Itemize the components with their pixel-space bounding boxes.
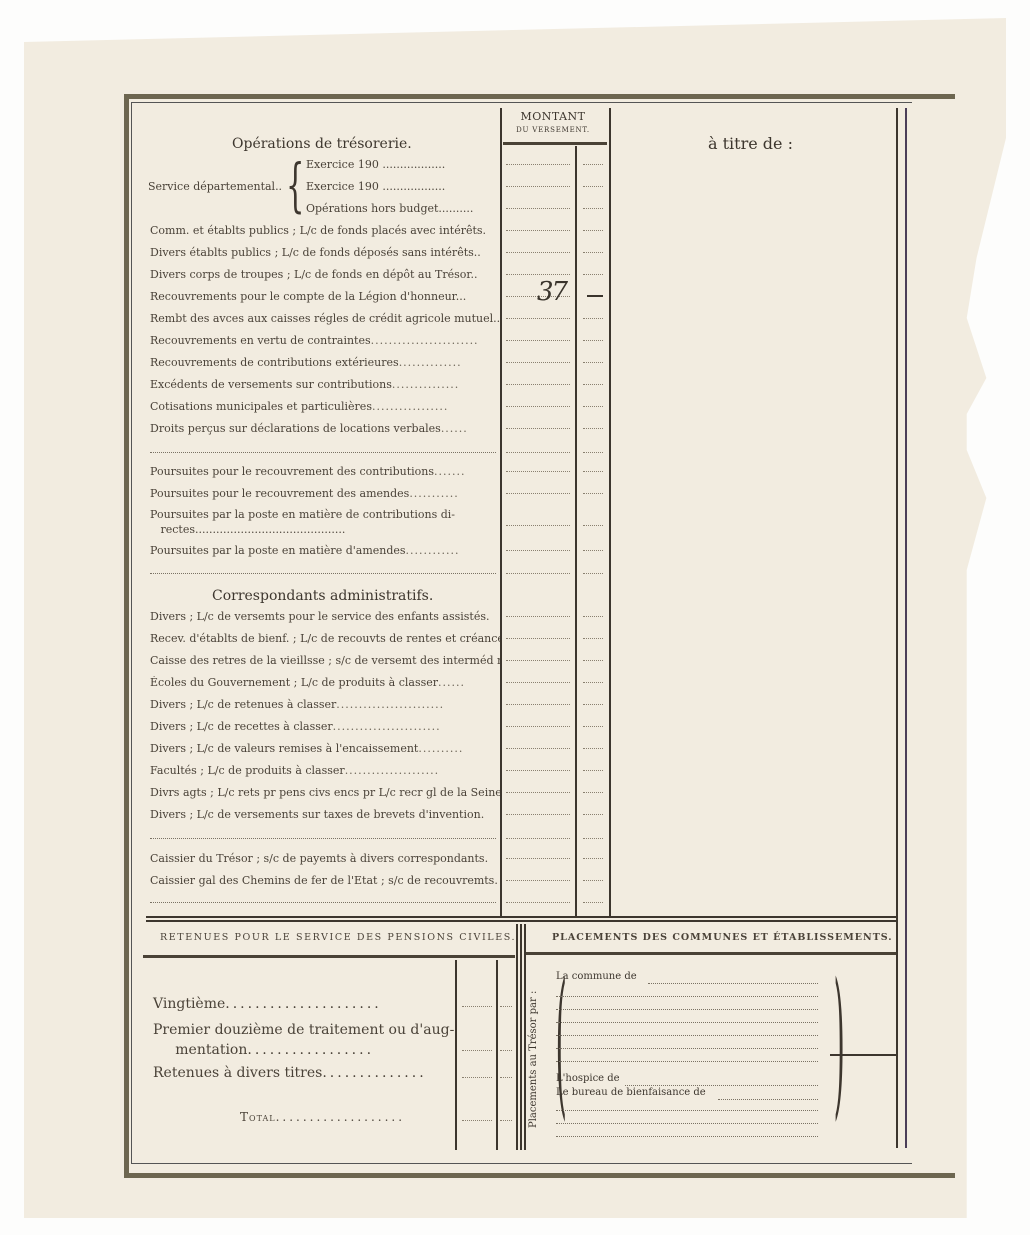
amount-cell[interactable] [506, 252, 570, 253]
cents-cell[interactable] [583, 616, 603, 617]
right-parenthesis-icon: ) [834, 962, 845, 1122]
amount-cell[interactable] [506, 814, 570, 815]
cents-cell[interactable] [583, 428, 603, 429]
cents-cell[interactable] [583, 858, 603, 859]
amount-cell[interactable] [506, 186, 570, 187]
retenues-amount-divider [455, 960, 457, 1150]
row-valeurs-encaissement[interactable]: Divers ; L/c de valeurs remises à l'enca… [150, 742, 500, 755]
row-vingtieme[interactable]: Vingtième..................... [153, 996, 382, 1012]
section-title-correspondants: Correspondants administratifs. [212, 588, 433, 604]
amount-cell[interactable] [506, 573, 570, 574]
retenues-title: RETENUES POUR LE SERVICE DES PENSIONS CI… [160, 932, 516, 943]
amount-cell[interactable] [506, 616, 570, 617]
cents-cell[interactable] [583, 814, 603, 815]
row-comm-etablts[interactable]: Comm. et établts publics ; L/c de fonds … [150, 224, 500, 237]
cents-cell[interactable] [583, 525, 603, 526]
retenues-right-border-1 [516, 924, 518, 1150]
amount-cell[interactable] [506, 704, 570, 705]
blank-row-line[interactable] [150, 452, 496, 453]
cents-cell[interactable] [583, 902, 603, 903]
total-label: Total................... [240, 1110, 405, 1124]
amount-cell[interactable] [506, 726, 570, 727]
section-separator-1 [146, 916, 896, 918]
retenues-header-rule [143, 955, 515, 958]
placements-total-line [830, 1054, 896, 1056]
cents-cell[interactable] [583, 252, 603, 253]
cents-column-divider [575, 146, 577, 916]
bureau-bienfaisance-label: Le bureau de bienfaisance de [556, 1087, 706, 1098]
cents-cell[interactable] [583, 340, 603, 341]
placements-vertical-label: Placements au Trésor par : [528, 991, 539, 1128]
versement-subheader: DU VERSEMENT. [503, 126, 603, 134]
retenues-right-border-2 [520, 924, 522, 1150]
vingtieme-amount[interactable] [462, 1006, 492, 1007]
cents-cell[interactable] [583, 770, 603, 771]
amount-cell[interactable] [506, 428, 570, 429]
cents-legion-honneur-dash [587, 295, 603, 297]
montant-header: MONTANT [503, 110, 603, 123]
placement-line[interactable] [556, 1110, 818, 1111]
cents-cell[interactable] [583, 208, 603, 209]
cents-cell[interactable] [583, 471, 603, 472]
section-separator-2 [146, 920, 896, 922]
amount-cell[interactable] [506, 902, 570, 903]
cents-cell[interactable] [583, 384, 603, 385]
cents-cell[interactable] [583, 186, 603, 187]
total-amount[interactable] [462, 1120, 492, 1121]
cents-cell[interactable] [583, 164, 603, 165]
cents-cell[interactable] [583, 726, 603, 727]
section-title-operations: Opérations de trésorerie. [232, 136, 412, 152]
row-exercice-2[interactable]: Exercice 190 .................. [306, 180, 501, 193]
amount-cell[interactable] [506, 858, 570, 859]
amount-cell[interactable] [506, 318, 570, 319]
retenues-divers-cents[interactable] [500, 1077, 512, 1078]
amount-cell[interactable] [506, 770, 570, 771]
placement-line[interactable] [556, 996, 818, 997]
row-divers-agents-seine[interactable]: Divrs agts ; L/c rets pr pens civs encs … [150, 786, 500, 799]
row-enfants-assistes[interactable]: Divers ; L/c de versemts pour le service… [150, 610, 500, 623]
placement-line[interactable] [556, 1009, 818, 1010]
amount-cell[interactable] [506, 362, 570, 363]
hospice-label: L'hospice de [556, 1073, 620, 1084]
row-poursuites-poste-amendes[interactable]: Poursuites par la poste en matière d'ame… [150, 544, 500, 557]
amount-cell[interactable] [506, 838, 570, 839]
hospice-input-line[interactable] [625, 1085, 818, 1086]
row-retenues-classer[interactable]: Divers ; L/c de retenues à classer......… [150, 698, 500, 711]
blank-row-line[interactable] [150, 902, 496, 903]
cents-cell[interactable] [583, 638, 603, 639]
row-poursuites-contributions[interactable]: Poursuites pour le recouvrement des cont… [150, 465, 500, 478]
placement-line[interactable] [556, 1061, 818, 1062]
amount-cell[interactable] [506, 682, 570, 683]
row-legion-honneur[interactable]: Recouvrements pour le compte de la Légio… [150, 290, 500, 303]
cents-cell[interactable] [583, 748, 603, 749]
cents-cell[interactable] [583, 682, 603, 683]
row-recettes-classer[interactable]: Divers ; L/c de recettes à classer......… [150, 720, 500, 733]
placement-line[interactable] [556, 1136, 818, 1137]
amount-cell[interactable] [506, 208, 570, 209]
service-departemental-label: Service départemental.. [148, 180, 282, 193]
placement-line[interactable] [556, 1022, 818, 1023]
cents-cell[interactable] [583, 838, 603, 839]
right-column-line-1 [896, 108, 898, 1148]
cents-cell[interactable] [583, 550, 603, 551]
row-caisse-retraites[interactable]: Caisse des retres de la vieillsse ; s/c … [150, 654, 500, 667]
label-column-divider [500, 108, 502, 916]
row-contributions-exterieures[interactable]: Recouvrements de contributions extérieur… [150, 356, 500, 369]
row-brevets-invention[interactable]: Divers ; L/c de versements sur taxes de … [150, 808, 500, 821]
placements-title: PLACEMENTS DES COMMUNES ET ÉTABLISSEMENT… [552, 932, 893, 943]
amount-legion-honneur[interactable]: 37 [537, 277, 566, 307]
row-credit-agricole[interactable]: Rembt des avces aux caisses régles de cr… [150, 312, 500, 325]
douzieme-cents[interactable] [500, 1050, 512, 1051]
row-etablts-bienf[interactable]: Recev. d'établts de bienf. ; L/c de reco… [150, 632, 500, 645]
row-retenues-divers[interactable]: Retenues à divers titres.............. [153, 1065, 427, 1081]
amount-cell[interactable] [506, 340, 570, 341]
row-caissier-tresor[interactable]: Caissier du Trésor ; s/c de payemts à di… [150, 852, 500, 865]
amount-cell[interactable] [506, 660, 570, 661]
cents-cell[interactable] [583, 274, 603, 275]
amount-cell[interactable] [506, 748, 570, 749]
row-ecoles-gouvernement[interactable]: Écoles du Gouvernement ; L/c de produits… [150, 676, 500, 689]
cents-cell[interactable] [583, 493, 603, 494]
row-hors-budget[interactable]: Opérations hors budget.......... [306, 202, 501, 215]
cents-cell[interactable] [583, 406, 603, 407]
blank-row-line[interactable] [150, 838, 496, 839]
row-poursuites-poste-contributions[interactable]: Poursuites par la poste en matière de co… [150, 507, 500, 537]
amount-cell[interactable] [506, 525, 570, 526]
row-exercice-1[interactable]: Exercice 190 .................. [306, 158, 501, 171]
cents-cell[interactable] [583, 660, 603, 661]
amount-cell[interactable] [506, 471, 570, 472]
a-titre-de-label: à titre de : [708, 134, 793, 153]
row-facultes[interactable]: Facultés ; L/c de produits à classer....… [150, 764, 500, 777]
amount-cell[interactable] [506, 638, 570, 639]
amount-cell[interactable] [506, 406, 570, 407]
amount-cell[interactable] [506, 550, 570, 551]
cents-cell[interactable] [583, 880, 603, 881]
vingtieme-cents[interactable] [500, 1006, 512, 1007]
amount-cell[interactable] [506, 493, 570, 494]
row-excedents[interactable]: Excédents de versements sur contribution… [150, 378, 500, 391]
placement-line[interactable] [556, 1048, 818, 1049]
amount-cell[interactable] [506, 452, 570, 453]
row-divers-etablts[interactable]: Divers établts publics ; L/c de fonds dé… [150, 246, 500, 259]
placement-line[interactable] [556, 1035, 818, 1036]
bleed-through-text [810, 30, 1010, 90]
placements-left-border [524, 924, 526, 1150]
amount-cell[interactable] [506, 230, 570, 231]
left-parenthesis-icon: ( [556, 962, 567, 1122]
row-poursuites-amendes[interactable]: Poursuites pour le recouvrement des amen… [150, 487, 500, 500]
amount-cell[interactable] [506, 880, 570, 881]
row-corps-troupes[interactable]: Divers corps de troupes ; L/c de fonds e… [150, 268, 500, 281]
commune-input-line[interactable] [648, 983, 818, 984]
cents-cell[interactable] [583, 230, 603, 231]
douzieme-amount[interactable] [462, 1050, 492, 1051]
row-locations-verbales[interactable]: Droits perçus sur déclarations de locati… [150, 422, 500, 435]
row-contraintes[interactable]: Recouvrements en vertu de contraintes...… [150, 334, 500, 347]
row-caissier-chemins-fer[interactable]: Caissier gal des Chemins de fer de l'Eta… [150, 874, 500, 887]
row-premier-douzieme[interactable]: Premier douzième de traitement ou d'aug-… [153, 1020, 454, 1060]
montant-header-rule [503, 142, 607, 145]
commune-label: La commune de [556, 971, 637, 982]
cents-cell[interactable] [583, 573, 603, 574]
amount-cell[interactable] [506, 164, 570, 165]
retenues-divers-amount[interactable] [462, 1077, 492, 1078]
amount-cell[interactable] [506, 384, 570, 385]
cents-cell[interactable] [583, 792, 603, 793]
row-cotisations[interactable]: Cotisations municipales et particulières… [150, 400, 500, 413]
blank-row-line[interactable] [150, 573, 496, 574]
total-cents[interactable] [500, 1120, 512, 1121]
retenues-cents-divider [496, 960, 498, 1150]
placement-line[interactable] [556, 1123, 818, 1124]
amount-cell[interactable] [506, 274, 570, 275]
amount-cell[interactable] [506, 792, 570, 793]
cents-cell[interactable] [583, 362, 603, 363]
bureau-input-line[interactable] [718, 1099, 818, 1100]
montant-column-right-border [609, 108, 611, 916]
cents-cell[interactable] [583, 704, 603, 705]
brace-icon: { [286, 156, 304, 214]
right-column-line-2 [905, 108, 907, 1148]
cents-cell[interactable] [583, 318, 603, 319]
cents-cell[interactable] [583, 452, 603, 453]
